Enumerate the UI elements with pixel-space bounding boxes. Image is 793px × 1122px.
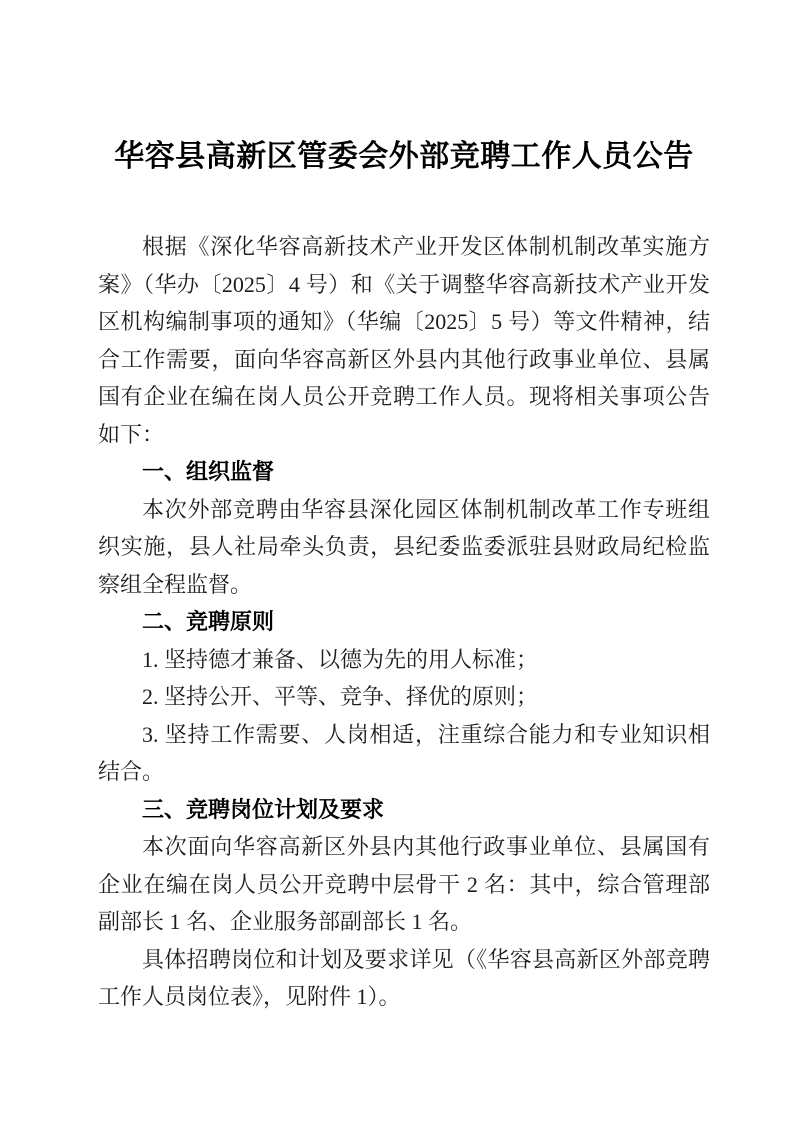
paragraph-supervision: 本次外部竞聘由华容县深化园区体制机制改革工作专班组织实施，县人社局牵头负责，县纪…	[98, 491, 710, 604]
list-item-principle-1: 1. 坚持德才兼备、以德为先的用人标准；	[98, 641, 710, 679]
paragraph-positions: 本次面向华容高新区外县内其他行政事业单位、县属国有企业在编在岗人员公开竞聘中层骨…	[98, 828, 710, 941]
section-heading-1: 一、组织监督	[98, 453, 710, 491]
section-heading-2: 二、竞聘原则	[98, 603, 710, 641]
document-title: 华容县高新区管委会外部竞聘工作人员公告	[98, 135, 710, 179]
list-item-principle-3: 3. 坚持工作需要、人岗相适，注重综合能力和专业知识相结合。	[98, 716, 710, 791]
section-heading-3: 三、竞聘岗位计划及要求	[98, 791, 710, 829]
paragraph-intro: 根据《深化华容高新技术产业开发区体制机制改革实施方案》（华办〔2025〕4 号）…	[98, 228, 710, 453]
paragraph-attachment-reference: 具体招聘岗位和计划及要求详见（《华容县高新区外部竞聘工作人员岗位表》，见附件 1…	[98, 941, 710, 1016]
document-page: 华容县高新区管委会外部竞聘工作人员公告 根据《深化华容高新技术产业开发区体制机制…	[0, 0, 793, 1122]
list-item-principle-2: 2. 坚持公开、平等、竞争、择优的原则；	[98, 678, 710, 716]
